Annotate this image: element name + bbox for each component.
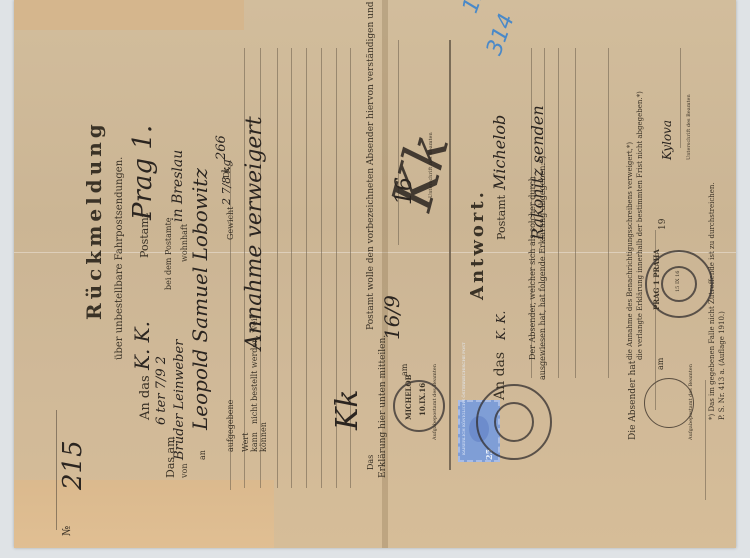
right-postamt-label: Postamt bbox=[495, 195, 508, 240]
kann-label: kann bbox=[250, 432, 259, 452]
right-signature: Kylova bbox=[660, 120, 674, 160]
bei-dem-postamte-label: bei dem Postamte bbox=[164, 218, 173, 290]
an-label: an bbox=[198, 450, 207, 460]
dr-label: Dr. bbox=[222, 166, 231, 178]
wert-label: Wert bbox=[241, 433, 250, 452]
stamp-caption-left: Aufgabepostamt des Beamten bbox=[432, 364, 438, 440]
das-am-value: 6 ter 7/9 2 bbox=[154, 356, 169, 425]
number-value: 215 bbox=[58, 440, 88, 490]
form-line bbox=[558, 48, 559, 378]
postamt-wolle-text: Postamt wolle den vorbezeichneten Absend… bbox=[366, 0, 376, 330]
year-prefix: 19 bbox=[658, 219, 668, 230]
right-an-das-value: K. K. bbox=[494, 311, 508, 340]
form-title: Rückmeldung bbox=[82, 120, 106, 320]
footnote-2: P. S. Nr. 413 a. (Auflage 1910.) bbox=[718, 311, 726, 420]
option-1: die Annahme des Benachrichtigungsschreib… bbox=[626, 142, 634, 360]
number-prefix: № bbox=[60, 526, 73, 536]
form-line bbox=[705, 380, 706, 500]
antwort-title: Antwort. bbox=[467, 189, 488, 300]
form-line bbox=[321, 48, 322, 488]
answer-value: Rakonitz senden bbox=[528, 105, 547, 240]
absender-hat-label: Die Absender hat bbox=[628, 361, 638, 440]
postmark-michelob-name: MICHELOB bbox=[404, 375, 413, 420]
postmark-prag-label: PRAG 1 PRAHA bbox=[652, 249, 661, 310]
gewicht-label: Gewicht bbox=[226, 207, 235, 240]
form-line bbox=[306, 48, 307, 488]
form-line bbox=[608, 48, 609, 378]
aufgegebene-label: aufgegebene bbox=[226, 400, 235, 452]
form-line bbox=[575, 48, 576, 378]
wohnhaft-value: in Breslau bbox=[170, 150, 186, 222]
dr-value: 266 bbox=[214, 135, 229, 160]
option-2: die verlangte Erklärung innerhalb der be… bbox=[636, 91, 644, 360]
right-an-das-label: An das bbox=[492, 352, 508, 400]
paper-tape-bottom bbox=[14, 480, 274, 548]
erklaerung-text: Erklärung hier unten mitteilen. bbox=[378, 335, 388, 478]
right-unterschrift-caption: Unterschrift des Beamten bbox=[686, 94, 692, 160]
postmark-prag-1-inner bbox=[494, 402, 534, 442]
an-das-value: K. K. bbox=[130, 321, 154, 370]
postmark-michelob-date: 10.IX.16 bbox=[418, 383, 427, 416]
postamt-value: Prag 1. bbox=[128, 125, 158, 220]
form-line bbox=[680, 48, 681, 148]
form-subtitle: über unbestellbare Fahrpostsendungen. bbox=[114, 157, 125, 360]
paper-tape-top bbox=[14, 0, 244, 30]
postmark-prag-date: 15 IX 16 bbox=[675, 271, 681, 292]
koennen-label: können bbox=[259, 422, 268, 452]
number-line bbox=[56, 410, 57, 530]
right-postamt-value: Michelob bbox=[490, 115, 509, 190]
an-value: Leopold Samuel Lobowitz bbox=[188, 168, 212, 430]
form-line bbox=[277, 48, 278, 488]
empty-stamp-circle bbox=[644, 378, 694, 428]
von-value: Brüder Leinweber bbox=[172, 340, 187, 460]
right-am-label: am bbox=[656, 358, 665, 370]
signature-1: Kk bbox=[330, 389, 365, 430]
das-label: Das bbox=[366, 455, 375, 470]
footnote-1: *) Das im gegebenen Falle nicht Zutreffe… bbox=[708, 182, 716, 420]
form-divider bbox=[449, 40, 451, 470]
an-das-label: An das bbox=[138, 375, 153, 420]
postage-stamp-label: KAISERLICH KÖNIGLICHE ÖSTERREICHISCHE PO… bbox=[461, 342, 466, 455]
von-label: von bbox=[180, 464, 189, 479]
reason-value: Annahme verweigert bbox=[242, 116, 267, 350]
form-line bbox=[291, 48, 292, 488]
stamp-caption-right: Aufgabepostamt des Beamten bbox=[688, 364, 694, 440]
